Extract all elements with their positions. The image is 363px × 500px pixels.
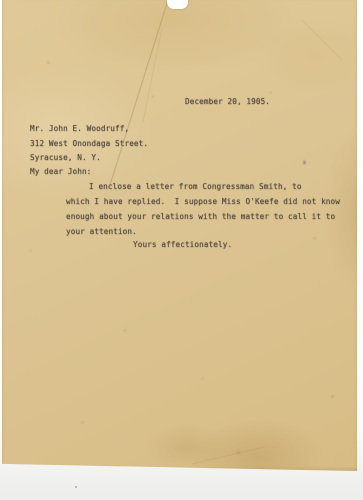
- pencil-mark: [301, 158, 308, 167]
- letter-date: December 20, 1905.: [185, 97, 270, 107]
- closing-line: Yours affectionately.: [133, 240, 232, 250]
- scanned-letter-background: December 20, 1905. Mr. John E. Woodruff,…: [0, 0, 363, 500]
- body-line: I enclose a letter from Congressman Smit…: [89, 182, 302, 192]
- recipient-street: 312 West Onondaga Street.: [30, 139, 148, 149]
- body-line: your attention.: [66, 227, 137, 237]
- recipient-name: Mr. John E. Woodruff,: [30, 124, 129, 134]
- paper-crease-lines: [2, 0, 357, 471]
- body-line: enough about your relations with the mat…: [66, 212, 335, 222]
- salutation: My dear John:: [30, 167, 91, 177]
- body-line: which I have replied. I suppose Miss O'K…: [66, 197, 340, 207]
- dust-speck: [75, 486, 77, 488]
- paper-stain-specks: [2, 0, 3, 1]
- letter-page: December 20, 1905. Mr. John E. Woodruff,…: [2, 0, 357, 471]
- recipient-city: Syracuse, N. Y.: [30, 153, 101, 163]
- paper-top-notch: [167, 0, 188, 9]
